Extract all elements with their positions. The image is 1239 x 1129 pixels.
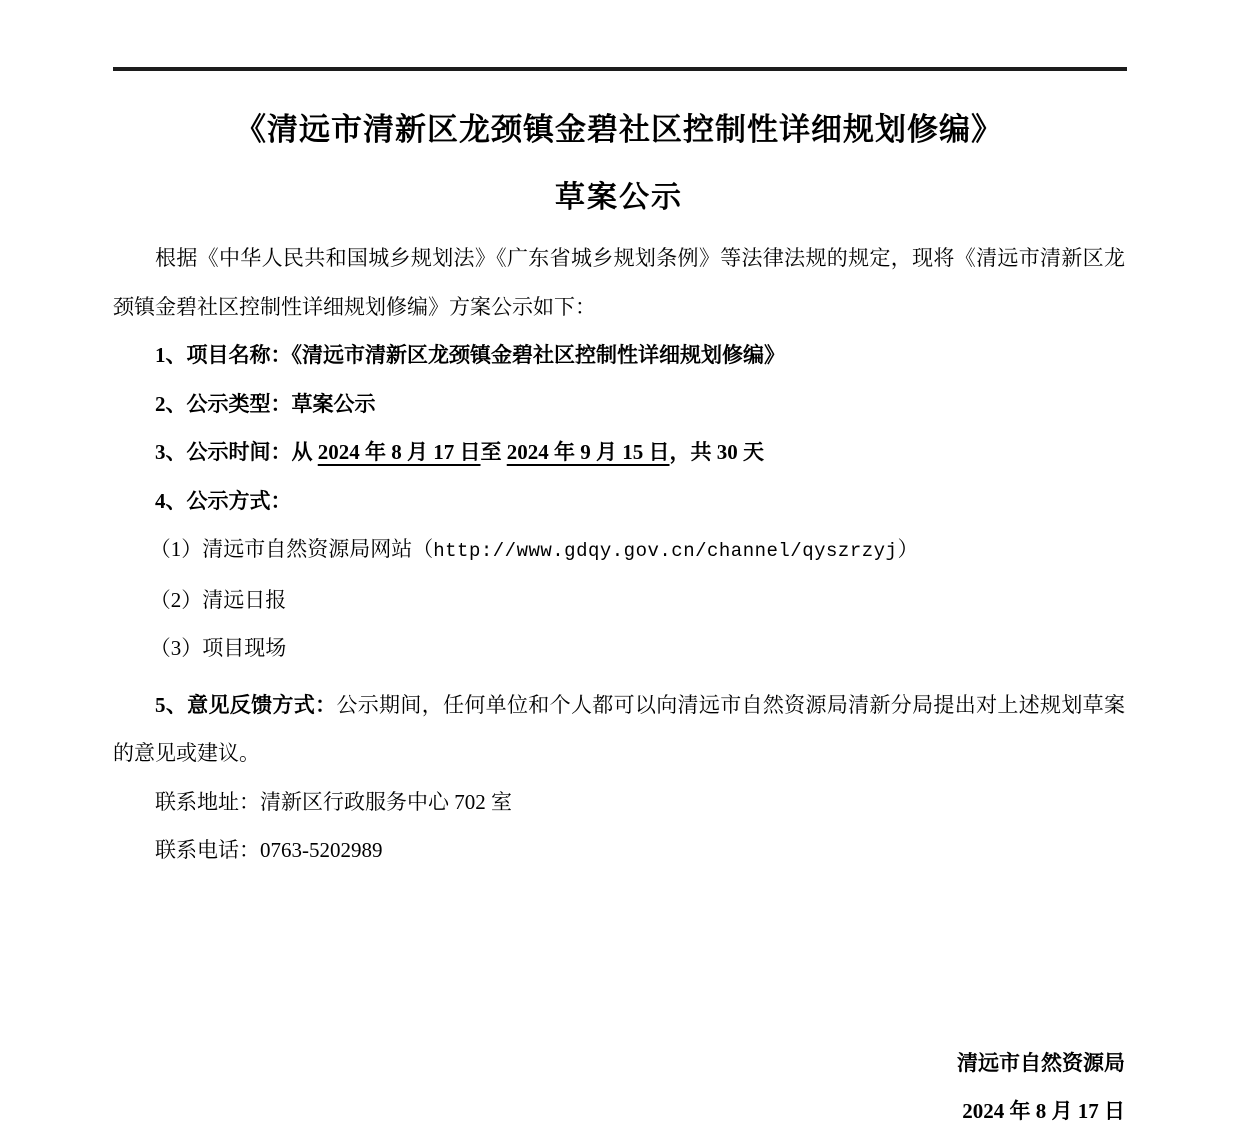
notice-start-date: 2024 年 8 月 17 日 — [318, 440, 481, 464]
notice-website-url: http://www.gdqy.gov.cn/channel/qyszrzyj — [433, 540, 897, 562]
item-notice-period-label: 3、公示时间： — [155, 440, 292, 464]
item-notice-type-label: 2、公示类型： — [155, 392, 292, 416]
document-content: 《清远市清新区龙颈镇金碧社区控制性详细规划修编》 草案公示 根据《中华人民共和国… — [0, 111, 1239, 1129]
notice-method-website-text-after: ） — [897, 537, 918, 561]
item-notice-period-suffix: ，共 30 天 — [670, 440, 765, 464]
notice-method-website-text: （1）清远市自然资源局网站（ — [150, 537, 434, 561]
notice-method-newspaper: （2）清远日报 — [113, 576, 1125, 625]
item-feedback-label: 5、意见反馈方式： — [155, 693, 336, 717]
document-page: 《清远市清新区龙颈镇金碧社区控制性详细规划修编》 草案公示 根据《中华人民共和国… — [0, 0, 1239, 1129]
item-notice-period-prefix: 从 — [292, 440, 318, 464]
signature-block: 清远市自然资源局 2024 年 8 月 17 日 — [113, 1039, 1125, 1129]
item-project-name-label: 1、项目名称： — [155, 343, 292, 367]
item-project-name: 1、项目名称：《清远市清新区龙颈镇金碧社区控制性详细规划修编》 — [113, 331, 1125, 380]
notice-method-site: （3）项目现场 — [113, 624, 1125, 673]
contact-phone: 联系电话：0763-5202989 — [113, 826, 1125, 875]
item-notice-type: 2、公示类型：草案公示 — [113, 380, 1125, 429]
contact-phone-label: 联系电话： — [155, 838, 260, 862]
item-notice-method-heading: 4、公示方式： — [113, 477, 1125, 526]
item-notice-type-value: 草案公示 — [292, 392, 376, 416]
item-feedback: 5、意见反馈方式：公示期间，任何单位和个人都可以向清远市自然资源局清新分局提出对… — [113, 681, 1125, 778]
notice-method-website: （1）清远市自然资源局网站（http://www.gdqy.gov.cn/cha… — [113, 525, 1125, 576]
item-project-name-value: 《清远市清新区龙颈镇金碧社区控制性详细规划修编》 — [292, 343, 786, 367]
contact-address: 联系地址：清新区行政服务中心 702 室 — [113, 778, 1125, 827]
item-notice-period: 3、公示时间：从 2024 年 8 月 17 日至 2024 年 9 月 15 … — [113, 428, 1125, 477]
contact-phone-value: 0763-5202989 — [260, 838, 383, 862]
signature-org: 清远市自然资源局 — [113, 1039, 1125, 1088]
item-notice-period-connector: 至 — [481, 440, 507, 464]
document-subtitle: 草案公示 — [113, 179, 1125, 217]
contact-address-value: 清新区行政服务中心 702 室 — [260, 790, 512, 814]
contact-address-label: 联系地址： — [155, 790, 260, 814]
intro-paragraph: 根据《中华人民共和国城乡规划法》《广东省城乡规划条例》等法律法规的规定，现将《清… — [113, 234, 1125, 331]
header-divider-line — [113, 67, 1127, 71]
notice-end-date: 2024 年 9 月 15 日 — [507, 440, 670, 464]
document-title: 《清远市清新区龙颈镇金碧社区控制性详细规划修编》 — [113, 111, 1125, 149]
signature-date: 2024 年 8 月 17 日 — [113, 1087, 1125, 1129]
